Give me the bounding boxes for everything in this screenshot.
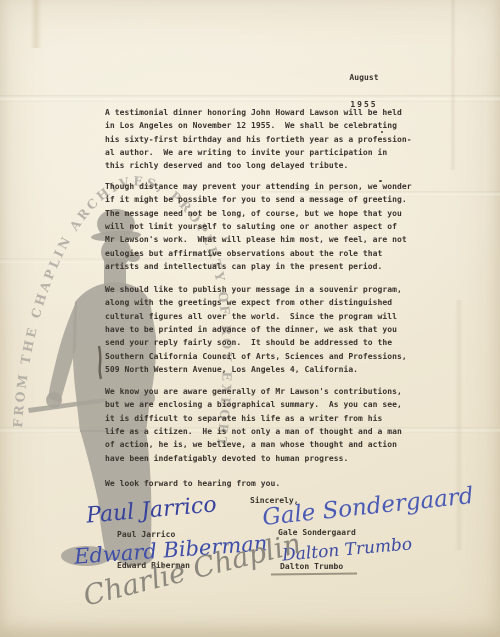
paragraph-1: A testimonial dinner honoring John Howar… [105,106,435,173]
paragraph-2: Though distance may prevent your attendi… [105,180,435,273]
closing-line: We look forward to hearing from you. [105,477,435,490]
date-month: August [349,73,378,82]
paper-mark [99,346,101,379]
paragraph-3: We should like to publish your message i… [105,283,435,376]
paragraph-4: We know you are aware generally of Mr La… [105,385,435,465]
back-arm [48,300,77,403]
scanned-letter: FROM THE CHAPLIN ARCHIVES, PROPERTY OF R… [0,0,500,637]
